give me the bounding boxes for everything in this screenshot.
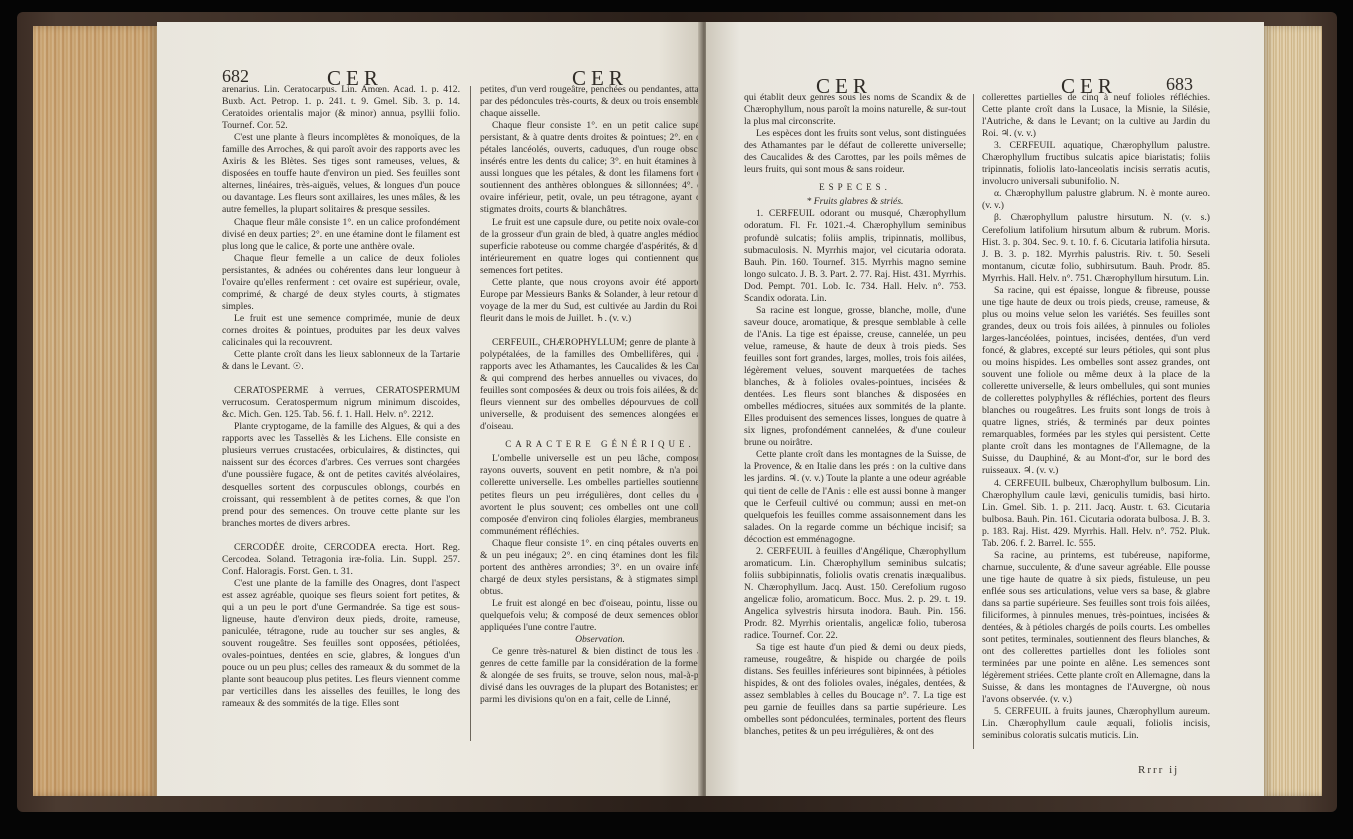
subheading: * Fruits glabres & striés. (744, 196, 966, 208)
section-heading: ESPECES. (744, 181, 966, 193)
paragraph: β. Chærophyllum palustre hirsutum. N. (v… (982, 212, 1210, 284)
paragraph: Ce genre très-naturel & bien distinct de… (480, 646, 720, 706)
paragraph: Cette plante, que nous croyons avoir été… (480, 277, 720, 325)
paragraph: 1. CERFEUIL odorant ou musqué, Chærophyl… (744, 208, 966, 304)
page-edges-right (1262, 26, 1322, 796)
paragraph: Chaque fleur consiste 1°. en un petit ca… (480, 120, 720, 216)
paragraph: Cette plante croît dans les montagnes de… (744, 449, 966, 545)
paragraph: 5. CERFEUIL à fruits jaunes, Chærophyllu… (982, 706, 1210, 742)
left-page-column-1: arenarius. Lin. Ceratocarpus. Lin. Amœn.… (222, 84, 460, 710)
paragraph: Sa racine, au printems, est tubéreuse, n… (982, 550, 1210, 707)
paragraph: Sa racine, qui est épaisse, longue & fib… (982, 285, 1210, 478)
left-page: 682 CER CER arenarius. Lin. Ceratocarpus… (157, 22, 702, 796)
paragraph: Chaque fleur femelle a un calice de deux… (222, 253, 460, 313)
paragraph: Les espèces dont les fruits sont velus, … (744, 128, 966, 176)
paragraph: collerettes partielles de cinq à neuf fo… (982, 92, 1210, 140)
paragraph: CERFEUIL, CHÆROPHYLLUM; genre de plante … (480, 337, 720, 433)
signature-mark: Rrrr ij (1138, 764, 1179, 776)
paragraph: 2. CERFEUIL à feuilles d'Angélique, Chær… (744, 546, 966, 642)
paragraph: arenarius. Lin. Ceratocarpus. Lin. Amœn.… (222, 84, 460, 132)
right-page: CER CER 683 qui établit deux genres sous… (706, 22, 1264, 796)
paragraph: 3. CERFEUIL aquatique, Chærophyllum palu… (982, 140, 1210, 188)
paragraph: L'ombelle universelle est un peu lâche, … (480, 453, 720, 537)
paragraph: C'est une plante à fleurs incomplètes & … (222, 132, 460, 216)
paragraph: Cette plante croît dans les lieux sablon… (222, 349, 460, 373)
paragraph: Plante cryptogame, de la famille des Alg… (222, 421, 460, 529)
right-page-column-1: qui établit deux genres sous les noms de… (744, 92, 966, 738)
paragraph: Chaque fleur consiste 1°. en cinq pétale… (480, 538, 720, 598)
paragraph: CERATOSPERME à verrues, CERATOSPERMUM ve… (222, 385, 460, 421)
paragraph: Chaque fleur mâle consiste 1°. en un cal… (222, 217, 460, 253)
paragraph: Sa racine est longue, grosse, blanche, m… (744, 305, 966, 450)
paragraph: C'est une plante de la famille des Onagr… (222, 578, 460, 711)
subheading: Observation. (480, 634, 720, 646)
section-heading: CARACTERE GÉNÉRIQUE. (480, 438, 720, 450)
paragraph: CERCODÉE droite, CERCODEA erecta. Hort. … (222, 542, 460, 578)
page-edges-left (33, 26, 158, 796)
left-page-column-2: petites, d'un verd rougeâtre, penchées o… (480, 84, 720, 706)
paragraph: Le fruit est une capsule dure, ou petite… (480, 217, 720, 277)
paragraph: Sa tige est haute d'un pied & demi ou de… (744, 642, 966, 738)
paragraph: Le fruit est une semence comprimée, muni… (222, 313, 460, 349)
paragraph: Le fruit est alongé en bec d'oiseau, poi… (480, 598, 720, 634)
right-page-column-2: collerettes partielles de cinq à neuf fo… (982, 92, 1210, 743)
column-rule (470, 86, 471, 741)
paragraph: 4. CERFEUIL bulbeux, Chærophyllum bulbos… (982, 478, 1210, 550)
paragraph: α. Chærophyllum palustre glabrum. N. è m… (982, 188, 1210, 212)
column-rule (973, 94, 974, 749)
paragraph: qui établit deux genres sous les noms de… (744, 92, 966, 128)
paragraph: petites, d'un verd rougeâtre, penchées o… (480, 84, 720, 120)
